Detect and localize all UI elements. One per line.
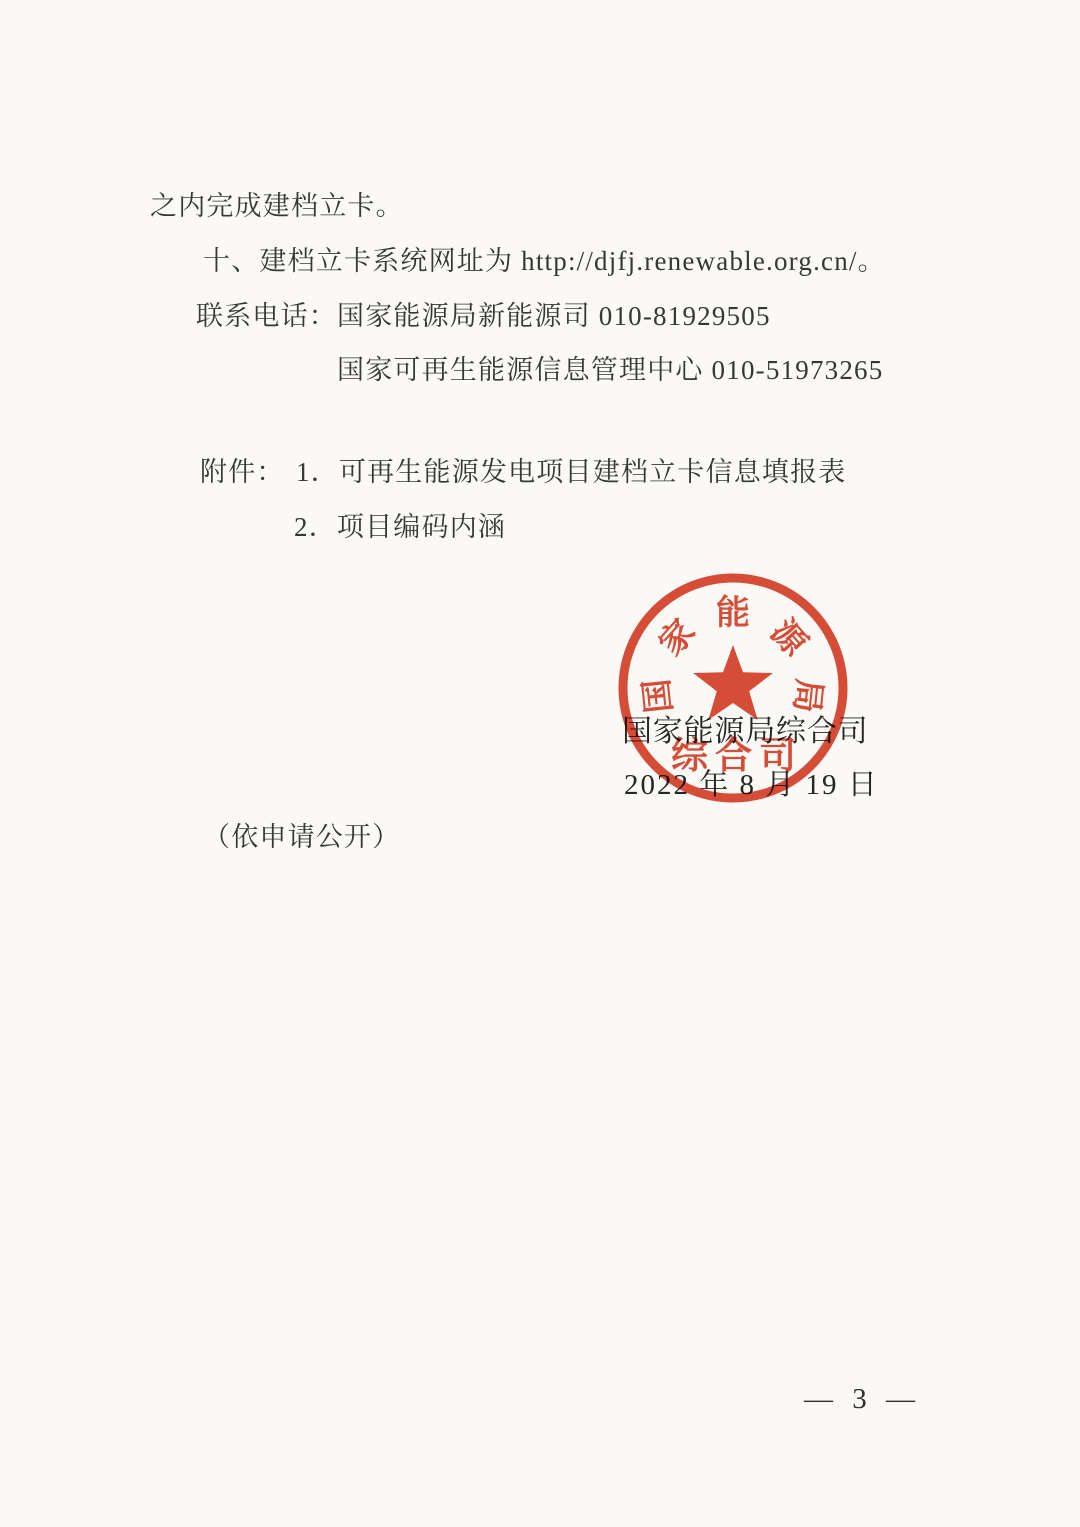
red-star-icon (693, 645, 773, 720)
seal-arc-char: 局 (787, 677, 827, 715)
attachment-label: 附件： (200, 450, 285, 489)
paragraph-item-ten: 十、建档立卡系统网址为 http://djfj.renewable.org.cn… (203, 239, 886, 278)
seal-arc-char: 能 (716, 593, 750, 632)
document-page: 之内完成建档立卡。 十、建档立卡系统网址为 http://djfj.renewa… (0, 0, 1080, 1527)
seal-arc-char: 源 (763, 612, 815, 663)
attachment-item-2: 2．项目编码内涵 (294, 505, 506, 544)
seal-arc-char: 家 (652, 612, 703, 663)
disclosure-note: （依申请公开） (203, 815, 400, 854)
contact-line-2: 国家可再生能源信息管理中心 010-51973265 (337, 348, 883, 387)
page-number: — 3 — (804, 1383, 921, 1416)
paragraph-closing-line: 之内完成建档立卡。 (150, 184, 404, 223)
attachment-item-1: 1．可再生能源发电项目建档立卡信息填报表 (296, 450, 847, 489)
official-seal: 国 家 能 源 局 综合司 (601, 556, 865, 820)
contact-line-1: 联系电话：国家能源局新能源司 010-81929505 (196, 294, 771, 333)
seal-arc-char: 国 (638, 677, 679, 715)
seal-bottom-text: 综合司 (671, 735, 803, 777)
